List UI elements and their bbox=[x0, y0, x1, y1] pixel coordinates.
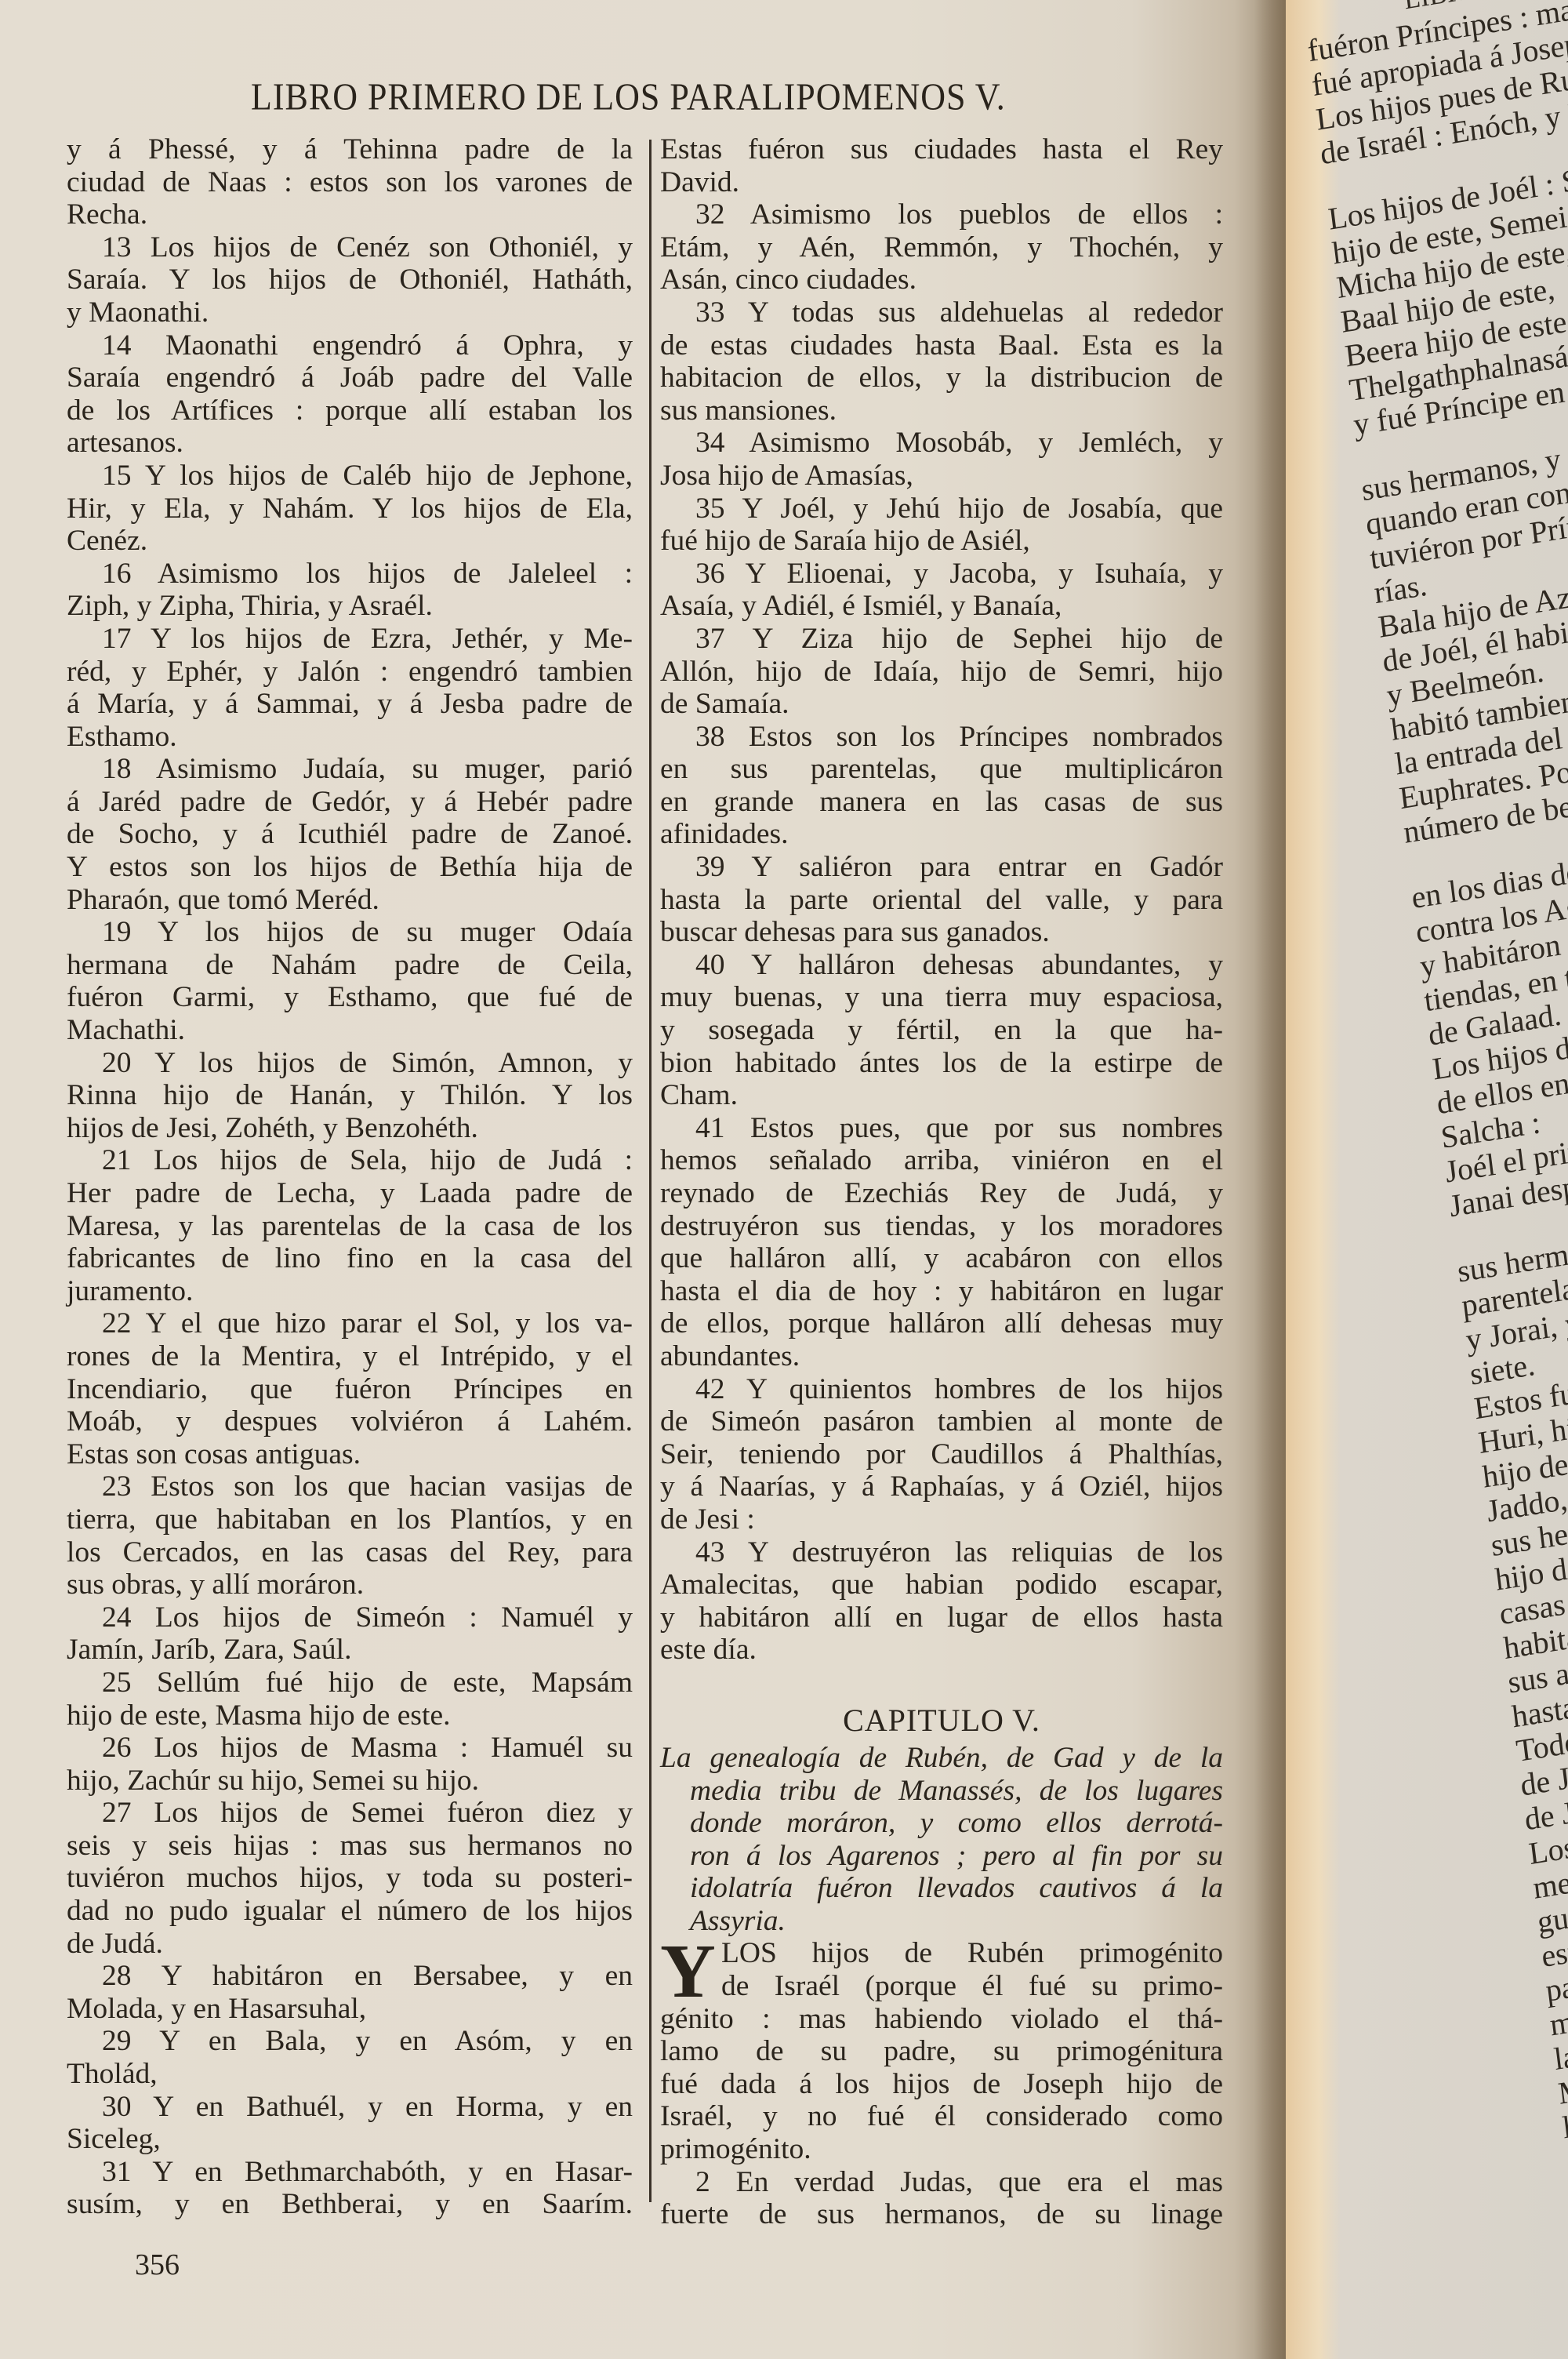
text-line: fué hijo de Saraía hijo de Asiél, bbox=[660, 525, 1223, 558]
text-line: 29 Y en Bala, y en Asóm, y en bbox=[67, 2025, 633, 2058]
text-line: Hir, y Ela, y Nahám. Y los hijos de Ela, bbox=[67, 493, 633, 525]
text-line: 28 Y habitáron en Bersabee, y en bbox=[67, 1960, 633, 1993]
text-line: 18 Asimismo Judaía, su muger, parió bbox=[67, 753, 633, 786]
text-line: habitacion de ellos, y la distribucion d… bbox=[660, 362, 1223, 394]
text-line: ron á los Agarenos ; pero al fin por su bbox=[660, 1840, 1223, 1873]
text-line: este día. bbox=[660, 1634, 1223, 1667]
text-line: idolatría fuéron llevados cautivos á la bbox=[660, 1872, 1223, 1905]
text-line: 22 Y el que hizo parar el Sol, y los va- bbox=[67, 1307, 633, 1340]
text-line: Estas fuéron sus ciudades hasta el Rey bbox=[660, 133, 1223, 166]
text-line: 41 Estos pues, que por sus nombres bbox=[660, 1112, 1223, 1145]
text-line: David. bbox=[660, 166, 1223, 199]
text-line: de estas ciudades hasta Baal. Esta es la bbox=[660, 329, 1223, 362]
text-line: Amalecitas, que habian podido escapar, bbox=[660, 1568, 1223, 1601]
text-line: Pharaón, que tomó Meréd. bbox=[67, 884, 633, 917]
text-line: muy buenas, y una tierra muy espaciosa, bbox=[660, 981, 1223, 1014]
text-line: y sosegada y fértil, en la que ha- bbox=[660, 1014, 1223, 1047]
text-line: Etám, y Aén, Remmón, y Thochén, y bbox=[660, 231, 1223, 264]
text-line: Siceleg, bbox=[67, 2123, 633, 2156]
text-line: de Socho, y á Icuthiél padre de Zanoé. bbox=[67, 818, 633, 851]
text-line: abundantes. bbox=[660, 1340, 1223, 1373]
text-line: 23 Estos son los que hacian vasijas de bbox=[67, 1470, 633, 1503]
text-line: 38 Estos son los Príncipes nombrados bbox=[660, 721, 1223, 754]
text-line: fabricantes de lino fino en la casa del bbox=[67, 1242, 633, 1275]
text-line: 31 Y en Bethmarchabóth, y en Hasar- bbox=[67, 2156, 633, 2189]
text-line: hermana de Nahám padre de Ceila, bbox=[67, 949, 633, 982]
text-line: Seir, teniendo por Caudillos á Phalthías… bbox=[660, 1438, 1223, 1471]
text-line: Rinna hijo de Hanán, y Thilón. Y los bbox=[67, 1079, 633, 1112]
text-line: Recha. bbox=[67, 198, 633, 231]
text-line: afinidades. bbox=[660, 818, 1223, 851]
text-line: media tribu de Manassés, de los lugares bbox=[660, 1775, 1223, 1808]
text-line: fuéron Garmi, y Esthamo, que fué de bbox=[67, 981, 633, 1014]
text-line: 20 Y los hijos de Simón, Amnon, y bbox=[67, 1047, 633, 1080]
text-line: 34 Asimismo Mosobáb, y Jemléch, y bbox=[660, 427, 1223, 460]
text-line: Machathi. bbox=[67, 1014, 633, 1047]
page-number: 356 bbox=[135, 2248, 180, 2282]
text-line: réd, y Ephér, y Jalón : engendró tambien bbox=[67, 656, 633, 689]
text-line: 27 Los hijos de Semei fuéron diez y bbox=[67, 1797, 633, 1830]
text-line: de Simeón pasáron tambien al monte de bbox=[660, 1405, 1223, 1438]
text-line: Asaía, y Adiél, é Ismiél, y Banaía, bbox=[660, 590, 1223, 623]
text-line: Esthamo. bbox=[67, 721, 633, 754]
text-line: de Jesi : bbox=[660, 1503, 1223, 1536]
text-line: fué dada á los hijos de Joseph hijo de bbox=[660, 2068, 1223, 2101]
text-line: Moáb, y despues volviéron á Lahém. bbox=[67, 1405, 633, 1438]
text-line: Ziph, y Zipha, Thiria, y Asraél. bbox=[67, 590, 633, 623]
text-line: tierra, que habitaban en los Plantíos, y… bbox=[67, 1503, 633, 1536]
text-line: de ellos, porque halláron allí dehesas m… bbox=[660, 1307, 1223, 1340]
text-line: 19 Y los hijos de su muger Odaía bbox=[67, 916, 633, 949]
page-edge bbox=[1286, 0, 1341, 2359]
text-line: Cham. bbox=[660, 1079, 1223, 1112]
text-line: 43 Y destruyéron las reliquias de los bbox=[660, 1536, 1223, 1569]
text-line: Jamín, Jaríb, Zara, Saúl. bbox=[67, 1634, 633, 1667]
text-line: y habitáron allí en lugar de ellos hasta bbox=[660, 1601, 1223, 1634]
adjacent-page-text: LIBRO PRI fuéron Príncipes : mas la prim… bbox=[1301, 0, 1568, 2179]
text-line: bion habitado ántes los de la estirpe de bbox=[660, 1047, 1223, 1080]
text-line: Asán, cinco ciudades. bbox=[660, 264, 1223, 296]
text-line: Saraía. Y los hijos de Othoniél, Hatháth… bbox=[67, 264, 633, 296]
text-line: 33 Y todas sus aldehuelas al rededor bbox=[660, 296, 1223, 329]
text-line: y Maonathi. bbox=[67, 296, 633, 329]
dropcap-lines: LOS hijos de Rubén primogénitode Israél … bbox=[660, 1937, 1223, 2002]
text-line: reynado de Ezechiás Rey de Judá, y bbox=[660, 1177, 1223, 1210]
text-line: sus obras, y allí moráron. bbox=[67, 1568, 633, 1601]
text-line: á María, y á Sammai, y á Jesba padre de bbox=[67, 688, 633, 721]
chapter-body: génito : mas habiendo violado el thá-lam… bbox=[660, 2003, 1223, 2231]
text-line: génito : mas habiendo violado el thá- bbox=[660, 2003, 1223, 2036]
text-line: de Israél (porque él fué su primo- bbox=[660, 1970, 1223, 2003]
text-line: 36 Y Elioenai, y Jacoba, y Isuhaía, y bbox=[660, 558, 1223, 591]
text-line: que halláron allí, y acabáron con ellos bbox=[660, 1242, 1223, 1275]
text-line: en sus parentelas, que multiplicáron bbox=[660, 753, 1223, 786]
text-line: destruyéron sus tiendas, y los moradores bbox=[660, 1210, 1223, 1243]
text-line: hemos señalado arriba, viniéron en el bbox=[660, 1144, 1223, 1177]
text-line: Maresa, y las parentelas de la casa de l… bbox=[67, 1210, 633, 1243]
chapter-opening: Y LOS hijos de Rubén primogénitode Israé… bbox=[660, 1937, 1223, 2002]
text-line: 21 Los hijos de Sela, hijo de Judá : bbox=[67, 1144, 633, 1177]
right-column: Estas fuéron sus ciudades hasta el ReyDa… bbox=[660, 133, 1223, 2231]
text-line: 37 Y Ziza hijo de Sephei hijo de bbox=[660, 623, 1223, 656]
text-line: Molada, y en Hasarsuhal, bbox=[67, 1993, 633, 2026]
text-line: lamo de su padre, su primogénitura bbox=[660, 2035, 1223, 2068]
text-line: primogénito. bbox=[660, 2133, 1223, 2166]
text-line: seis y seis hijas : mas sus hermanos no bbox=[67, 1830, 633, 1863]
text-line: susím, y en Bethberai, y en Saarím. bbox=[67, 2188, 633, 2221]
text-line: hasta la parte oriental del valle, y par… bbox=[660, 884, 1223, 917]
text-line: 26 Los hijos de Masma : Hamuél su bbox=[67, 1732, 633, 1765]
text-line: Estas son cosas antiguas. bbox=[67, 1438, 633, 1471]
text-line: 2 En verdad Judas, que era el mas bbox=[660, 2166, 1223, 2199]
text-line: La genealogía de Rubén, de Gad y de la bbox=[660, 1742, 1223, 1775]
column-divider bbox=[649, 140, 652, 2202]
text-line: Josa hijo de Amasías, bbox=[660, 460, 1223, 493]
text-line: ciudad de Naas : estos son los varones d… bbox=[67, 166, 633, 199]
text-line: y á Naarías, y á Raphaías, y á Oziél, hi… bbox=[660, 1470, 1223, 1503]
text-line: y á Phessé, y á Tehinna padre de la bbox=[67, 133, 633, 166]
text-line: 42 Y quinientos hombres de los hijos bbox=[660, 1373, 1223, 1406]
text-line: 14 Maonathi engendró á Ophra, y bbox=[67, 329, 633, 362]
text-line: á Jaréd padre de Gedór, y á Hebér padre bbox=[67, 786, 633, 819]
text-line: Israél, y no fué él considerado como bbox=[660, 2100, 1223, 2133]
text-line: sus mansiones. bbox=[660, 394, 1223, 427]
text-line: Assyria. bbox=[660, 1905, 1223, 1938]
left-column: y á Phessé, y á Tehinna padre de laciuda… bbox=[67, 133, 633, 2221]
text-line: 40 Y halláron dehesas abundantes, y bbox=[660, 949, 1223, 982]
text-line: 17 Y los hijos de Ezra, Jethér, y Me- bbox=[67, 623, 633, 656]
text-line: donde moráron, y como ellos derrotá- bbox=[660, 1807, 1223, 1840]
text-line: hijo, Zachúr su hijo, Semei su hijo. bbox=[67, 1765, 633, 1797]
text-line: 32 Asimismo los pueblos de ellos : bbox=[660, 198, 1223, 231]
text-line: de Samaía. bbox=[660, 688, 1223, 721]
right-column-verses: Estas fuéron sus ciudades hasta el ReyDa… bbox=[660, 133, 1223, 1667]
text-line: 24 Los hijos de Simeón : Namuél y bbox=[67, 1601, 633, 1634]
text-line: dad no pudo igualar el número de los hij… bbox=[67, 1895, 633, 1928]
text-line: rones de la Mentira, y el Intrépido, y e… bbox=[67, 1340, 633, 1373]
book-page-right-curled: LIBRO PRI fuéron Príncipes : mas la prim… bbox=[1286, 0, 1568, 2359]
chapter-title: CAPITULO V. bbox=[660, 1704, 1223, 1742]
text-line: 16 Asimismo los hijos de Jaleleel : bbox=[67, 558, 633, 591]
text-line: Allón, hijo de Idaía, hijo de Semri, hij… bbox=[660, 656, 1223, 689]
text-line: 35 Y Joél, y Jehú hijo de Josabía, que bbox=[660, 493, 1223, 525]
text-line: Y estos son los hijos de Bethía hija de bbox=[67, 851, 633, 884]
text-line: Saraía engendró á Joáb padre del Valle bbox=[67, 362, 633, 394]
text-line: 25 Sellúm fué hijo de este, Mapsám bbox=[67, 1667, 633, 1699]
text-line: Her padre de Lecha, y Laada padre de bbox=[67, 1177, 633, 1210]
text-line: tuviéron muchos hijos, y toda su posteri… bbox=[67, 1862, 633, 1895]
text-line: LOS hijos de Rubén primogénito bbox=[660, 1937, 1223, 1970]
text-line: buscar dehesas para sus ganados. bbox=[660, 916, 1223, 949]
text-line: Tholád, bbox=[67, 2058, 633, 2091]
text-line: fuerte de sus hermanos, de su linage bbox=[660, 2198, 1223, 2231]
drop-cap: Y bbox=[660, 1940, 716, 2003]
text-line: en grande manera en las casas de sus bbox=[660, 786, 1223, 819]
text-line: 15 Y los hijos de Caléb hijo de Jephone, bbox=[67, 460, 633, 493]
text-line: artesanos. bbox=[67, 427, 633, 460]
running-head: LIBRO PRIMERO DE LOS PARALIPOMENOS V. bbox=[251, 75, 1113, 118]
text-line: 13 Los hijos de Cenéz son Othoniél, y bbox=[67, 231, 633, 264]
text-line: de los Artífices : porque allí estaban l… bbox=[67, 394, 633, 427]
text-line: Cenéz. bbox=[67, 525, 633, 558]
text-line: Incendiario, que fuéron Príncipes en bbox=[67, 1373, 633, 1406]
text-line: juramento. bbox=[67, 1275, 633, 1308]
text-line: hijos de Jesi, Zohéth, y Benzohéth. bbox=[67, 1112, 633, 1145]
text-line: 39 Y saliéron para entrar en Gadór bbox=[660, 851, 1223, 884]
text-line: los Cercados, en las casas del Rey, para bbox=[67, 1536, 633, 1569]
book-page-left: LIBRO PRIMERO DE LOS PARALIPOMENOS V. y … bbox=[0, 0, 1286, 2359]
text-line: de Judá. bbox=[67, 1928, 633, 1961]
text-line: 30 Y en Bathuél, y en Horma, y en bbox=[67, 2091, 633, 2124]
text-line: hasta el dia de hoy : y habitáron en lug… bbox=[660, 1275, 1223, 1308]
text-line: hijo de este, Masma hijo de este. bbox=[67, 1699, 633, 1732]
chapter-summary: La genealogía de Rubén, de Gad y de lame… bbox=[660, 1742, 1223, 1938]
